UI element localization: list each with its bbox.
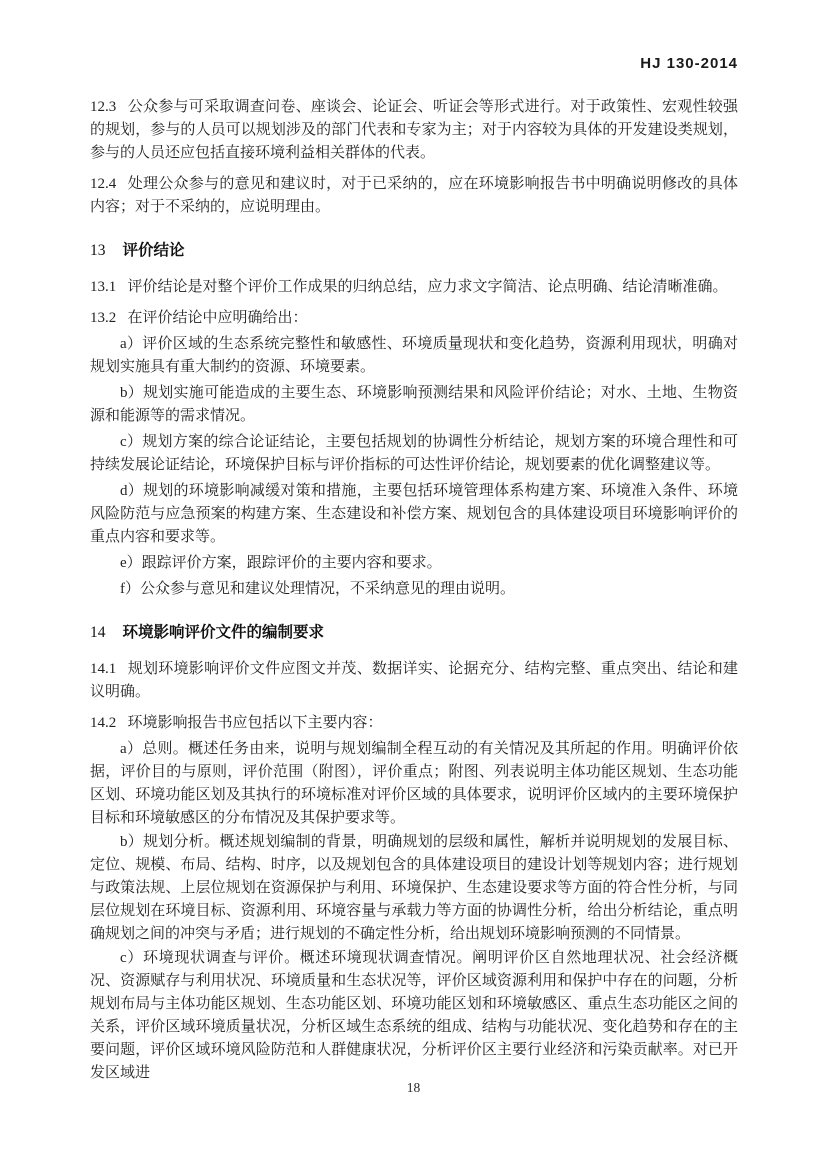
list-item-13-2-e: e）跟踪评价方案，跟踪评价的主要内容和要求。: [90, 552, 738, 575]
section-heading-13: 13评价结论: [90, 239, 738, 262]
list-item-13-2-f: f）公众参与意见和建议处理情况，不采纳意见的理由说明。: [90, 578, 738, 601]
section-13-number: 13: [90, 242, 123, 259]
document-content: 12.3公众参与可采取调查问卷、座谈会、论证会、听证会等形式进行。对于政策性、宏…: [90, 96, 738, 1085]
list-item-13-2-a: a）评价区域的生态系统完整性和敏感性、环境质量现状和变化趋势，资源利用现状，明确…: [90, 333, 738, 379]
clause-13-1-text: 评价结论是对整个评价工作成果的归纳总结，应力求文字简洁、论点明确、结论清晰准确。: [128, 279, 728, 295]
clause-12-4-number: 12.4: [90, 176, 128, 192]
clause-14-1-number: 14.1: [90, 661, 128, 677]
clause-14-1: 14.1规划环境影响评价文件应图文并茂、数据详实、论据充分、结构完整、重点突出、…: [90, 658, 738, 704]
page-number: 18: [407, 1080, 421, 1095]
clause-13-2-number: 13.2: [90, 310, 128, 326]
document-page: HJ 130-2014 12.3公众参与可采取调查问卷、座谈会、论证会、听证会等…: [0, 0, 827, 1169]
clause-13-2-text: 在评价结论中应明确给出：: [128, 310, 308, 326]
section-13-title: 评价结论: [123, 242, 185, 259]
clause-12-3-number: 12.3: [90, 99, 128, 115]
list-item-14-2-b: b）规划分析。概述规划编制的背景，明确规划的层级和属性，解析并说明规划的发展目标…: [90, 831, 738, 946]
clause-13-2: 13.2在评价结论中应明确给出：: [90, 307, 738, 330]
list-item-13-2-b: b）规划实施可能造成的主要生态、环境影响预测结果和风险评价结论；对水、土地、生物…: [90, 382, 738, 428]
section-heading-14: 14环境影响评价文件的编制要求: [90, 621, 738, 644]
list-item-14-2-c: c）环境现状调查与评价。概述环境现状调查情况。阐明评价区自然地理状况、社会经济概…: [90, 947, 738, 1085]
page-footer: 18: [0, 1080, 827, 1096]
clause-13-1: 13.1评价结论是对整个评价工作成果的归纳总结，应力求文字简洁、论点明确、结论清…: [90, 276, 738, 299]
clause-12-4-text: 处理公众参与的意见和建议时，对于已采纳的，应在环境影响报告书中明确说明修改的具体…: [90, 176, 738, 215]
clause-14-2-text: 环境影响报告书应包括以下主要内容：: [128, 715, 383, 731]
clause-14-1-text: 规划环境影响评价文件应图文并茂、数据详实、论据充分、结构完整、重点突出、结论和建…: [90, 661, 738, 700]
list-item-14-2-a: a）总则。概述任务由来，说明与规划编制全程互动的有关情况及其所起的作用。明确评价…: [90, 738, 738, 830]
clause-14-2: 14.2环境影响报告书应包括以下主要内容：: [90, 712, 738, 735]
page-header: HJ 130-2014: [90, 55, 738, 72]
list-item-13-2-c: c）规划方案的综合论证结论，主要包括规划的协调性分析结论，规划方案的环境合理性和…: [90, 431, 738, 477]
list-item-13-2-d: d）规划的环境影响减缓对策和措施，主要包括环境管理体系构建方案、环境准入条件、环…: [90, 480, 738, 549]
clause-13-1-number: 13.1: [90, 279, 128, 295]
standard-code: HJ 130-2014: [640, 55, 738, 72]
clause-12-3: 12.3公众参与可采取调查问卷、座谈会、论证会、听证会等形式进行。对于政策性、宏…: [90, 96, 738, 165]
section-14-title: 环境影响评价文件的编制要求: [123, 624, 325, 641]
clause-14-2-number: 14.2: [90, 715, 128, 731]
section-14-number: 14: [90, 624, 123, 641]
clause-12-3-text: 公众参与可采取调查问卷、座谈会、论证会、听证会等形式进行。对于政策性、宏观性较强…: [90, 99, 738, 161]
clause-12-4: 12.4处理公众参与的意见和建议时，对于已采纳的，应在环境影响报告书中明确说明修…: [90, 173, 738, 219]
